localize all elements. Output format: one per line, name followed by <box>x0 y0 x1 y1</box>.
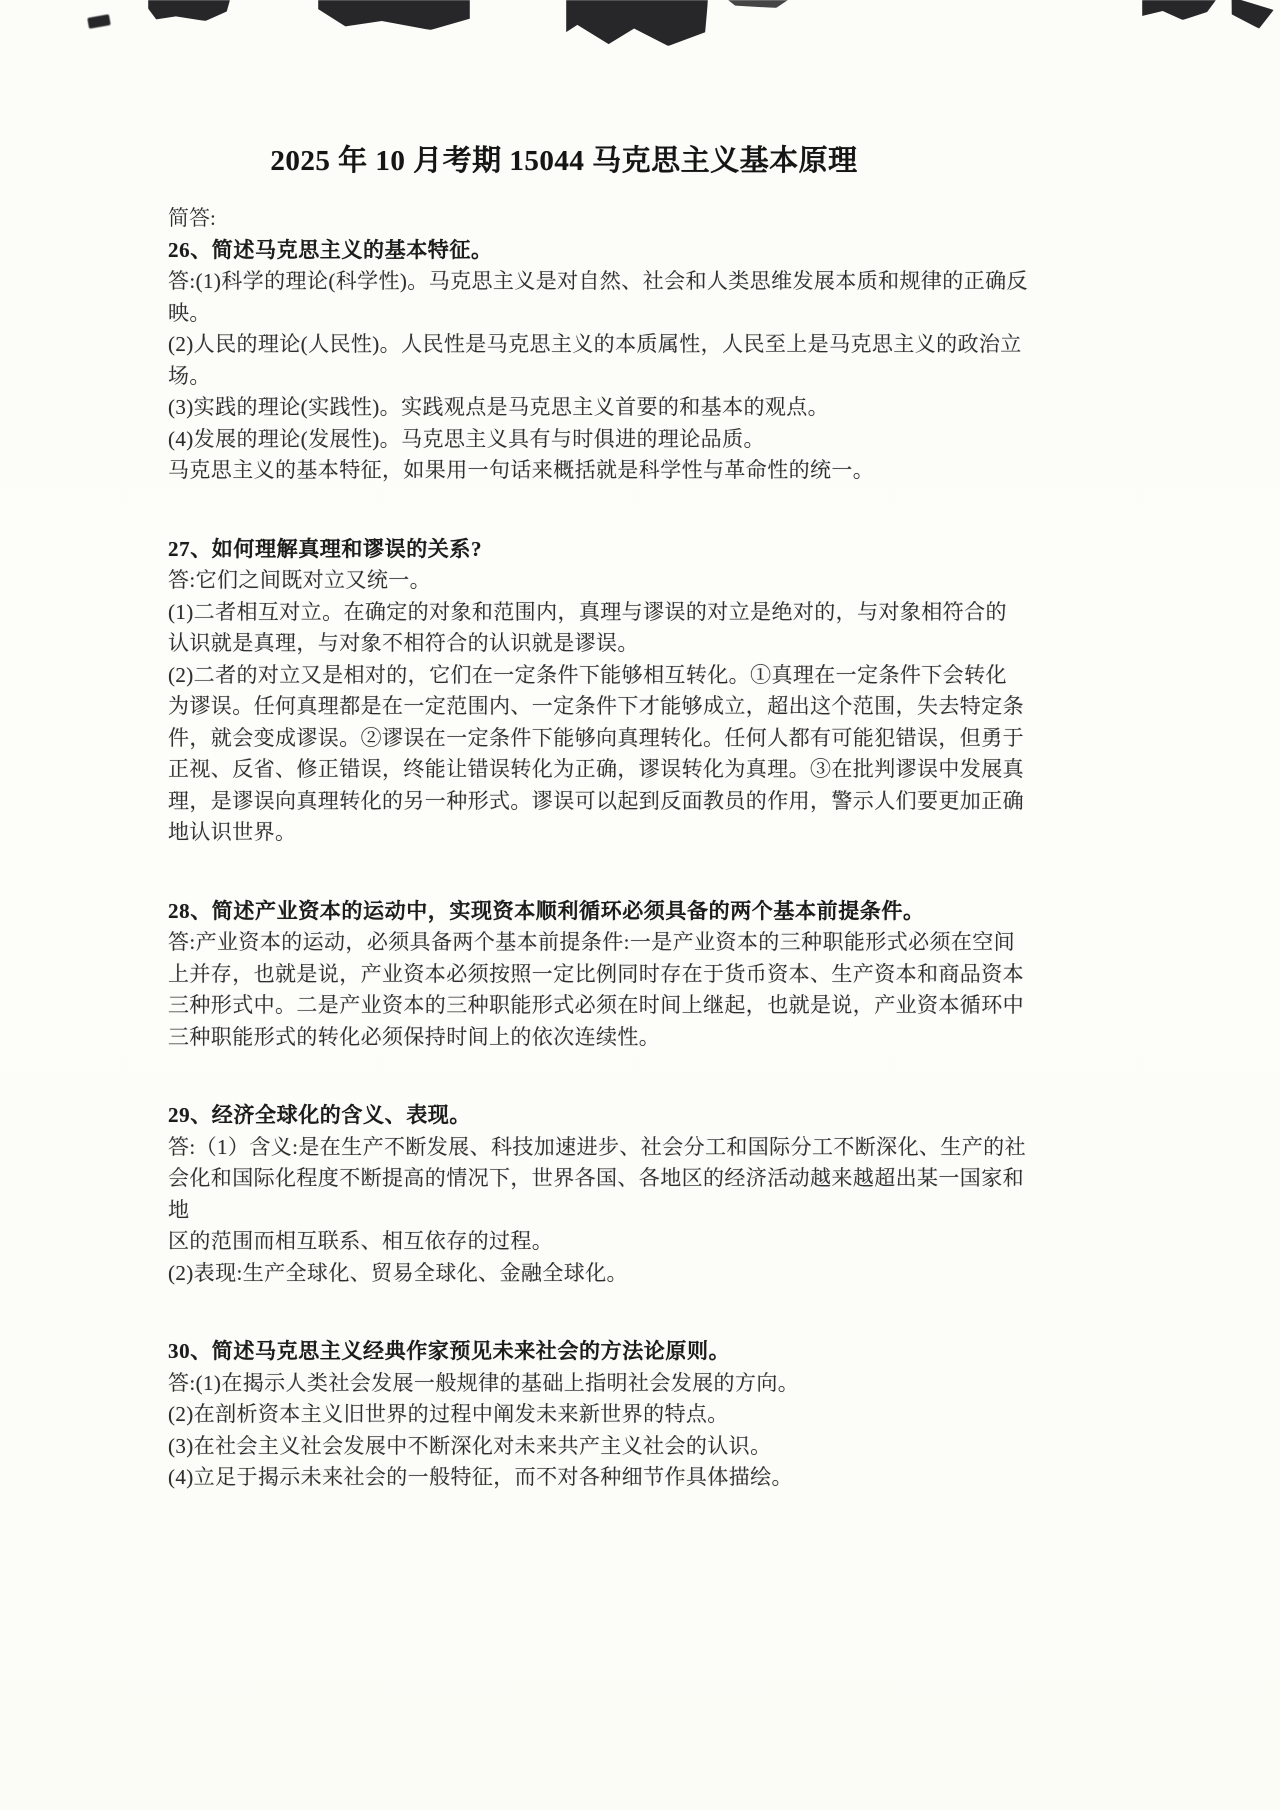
answer-line: 答:产业资本的运动，必须具备两个基本前提条件:一是产业资本的三种职能形式必须在空… <box>168 927 960 959</box>
answer-line: 马克思主义的基本特征，如果用一句话来概括就是科学性与革命性的统一。 <box>168 455 960 487</box>
scan-tear-artifact <box>1226 0 1274 31</box>
answer-line: (2)表现:生产全球化、贸易全球化、金融全球化。 <box>168 1258 960 1290</box>
question-heading: 29、经济全球化的含义、表现。 <box>168 1100 960 1132</box>
question-heading: 27、如何理解真理和谬误的关系? <box>168 534 960 566</box>
answer-line: 答:(1)科学的理论(科学性)。马克思主义是对自然、社会和人类思维发展本质和规律… <box>168 266 960 298</box>
question-heading: 30、简述马克思主义经典作家预见未来社会的方法论原则。 <box>168 1336 960 1368</box>
question-block: 27、如何理解真理和谬误的关系?答:它们之间既对立又统一。(1)二者相互对立。在… <box>168 534 960 849</box>
answer-line: 场。 <box>168 361 960 393</box>
scan-tear-artifact <box>87 14 111 29</box>
answer-line: (3)在社会主义社会发展中不断深化对未来共产主义社会的认识。 <box>168 1431 960 1463</box>
question-block: 30、简述马克思主义经典作家预见未来社会的方法论原则。答:(1)在揭示人类社会发… <box>168 1336 960 1494</box>
document-column: 2025 年 10 月考期 15044 马克思主义基本原理 简答: 26、简述马… <box>168 138 960 1541</box>
answer-line: 上并存，也就是说，产业资本必须按照一定比例同时存在于货币资本、生产资本和商品资本 <box>168 959 960 991</box>
answer-line: (4)发展的理论(发展性)。马克思主义具有与时俱进的理论品质。 <box>168 424 960 456</box>
question-block: 26、简述马克思主义的基本特征。答:(1)科学的理论(科学性)。马克思主义是对自… <box>168 235 960 487</box>
answer-line: 答:它们之间既对立又统一。 <box>168 565 960 597</box>
answer-line: 答:（1）含义:是在生产不断发展、科技加速进步、社会分工和国际分工不断深化、生产… <box>168 1132 960 1164</box>
answer-line: 件，就会变成谬误。②谬误在一定条件下能够向真理转化。任何人都有可能犯错误，但勇于 <box>168 723 960 755</box>
answer-line: (2)人民的理论(人民性)。人民性是马克思主义的本质属性，人民至上是马克思主义的… <box>168 329 960 361</box>
answer-line: (3)实践的理论(实践性)。实践观点是马克思主义首要的和基本的观点。 <box>168 392 960 424</box>
answer-line: 正视、反省、修正错误，终能让错误转化为正确，谬误转化为真理。③在批判谬误中发展真 <box>168 754 960 786</box>
answer-line: 会化和国际化程度不断提高的情况下，世界各国、各地区的经济活动越来越超出某一国家和 <box>168 1163 960 1195</box>
answer-line: 地 <box>168 1195 960 1227</box>
answer-line: (1)二者相互对立。在确定的对象和范围内，真理与谬误的对立是绝对的，与对象相符合… <box>168 597 960 629</box>
answer-line: (2)在剖析资本主义旧世界的过程中阐发未来新世界的特点。 <box>168 1399 960 1431</box>
answer-line: (4)立足于揭示未来社会的一般特征，而不对各种细节作具体描绘。 <box>168 1462 960 1494</box>
answer-line: 三种形式中。二是产业资本的三种职能形式必须在时间上继起，也就是说，产业资本循环中 <box>168 990 960 1022</box>
answer-line: 理，是谬误向真理转化的另一种形式。谬误可以起到反面教员的作用，警示人们要更加正确 <box>168 786 960 818</box>
answer-line: 三种职能形式的转化必须保持时间上的依次连续性。 <box>168 1022 960 1054</box>
page-title: 2025 年 10 月考期 15044 马克思主义基本原理 <box>168 138 960 179</box>
scan-tear-artifact <box>148 0 230 21</box>
answer-line: (2)二者的对立又是相对的，它们在一定条件下能够相互转化。①真理在一定条件下会转… <box>168 660 960 692</box>
question-block: 29、经济全球化的含义、表现。答:（1）含义:是在生产不断发展、科技加速进步、社… <box>168 1100 960 1289</box>
document-page: 2025 年 10 月考期 15044 马克思主义基本原理 简答: 26、简述马… <box>0 0 1280 1810</box>
questions-container: 26、简述马克思主义的基本特征。答:(1)科学的理论(科学性)。马克思主义是对自… <box>168 235 960 1494</box>
answer-line: 区的范围而相互联系、相互依存的过程。 <box>168 1226 960 1258</box>
answer-line: 映。 <box>168 298 960 330</box>
question-block: 28、简述产业资本的运动中，实现资本顺利循环必须具备的两个基本前提条件。答:产业… <box>168 896 960 1054</box>
answer-line: 认识就是真理，与对象不相符合的认识就是谬误。 <box>168 628 960 660</box>
question-heading: 28、简述产业资本的运动中，实现资本顺利循环必须具备的两个基本前提条件。 <box>168 896 960 928</box>
scan-tear-artifact <box>318 0 470 30</box>
answer-line: 为谬误。任何真理都是在一定范围内、一定条件下才能够成立，超出这个范围，失去特定条 <box>168 691 960 723</box>
answer-line: 地认识世界。 <box>168 817 960 849</box>
question-heading: 26、简述马克思主义的基本特征。 <box>168 235 960 267</box>
answer-line: 答:(1)在揭示人类社会发展一般规律的基础上指明社会发展的方向。 <box>168 1368 960 1400</box>
section-label: 简答: <box>168 203 960 235</box>
scan-tear-artifact <box>728 0 788 8</box>
scan-tear-artifact <box>566 0 708 46</box>
scan-tear-artifact <box>1142 0 1216 20</box>
